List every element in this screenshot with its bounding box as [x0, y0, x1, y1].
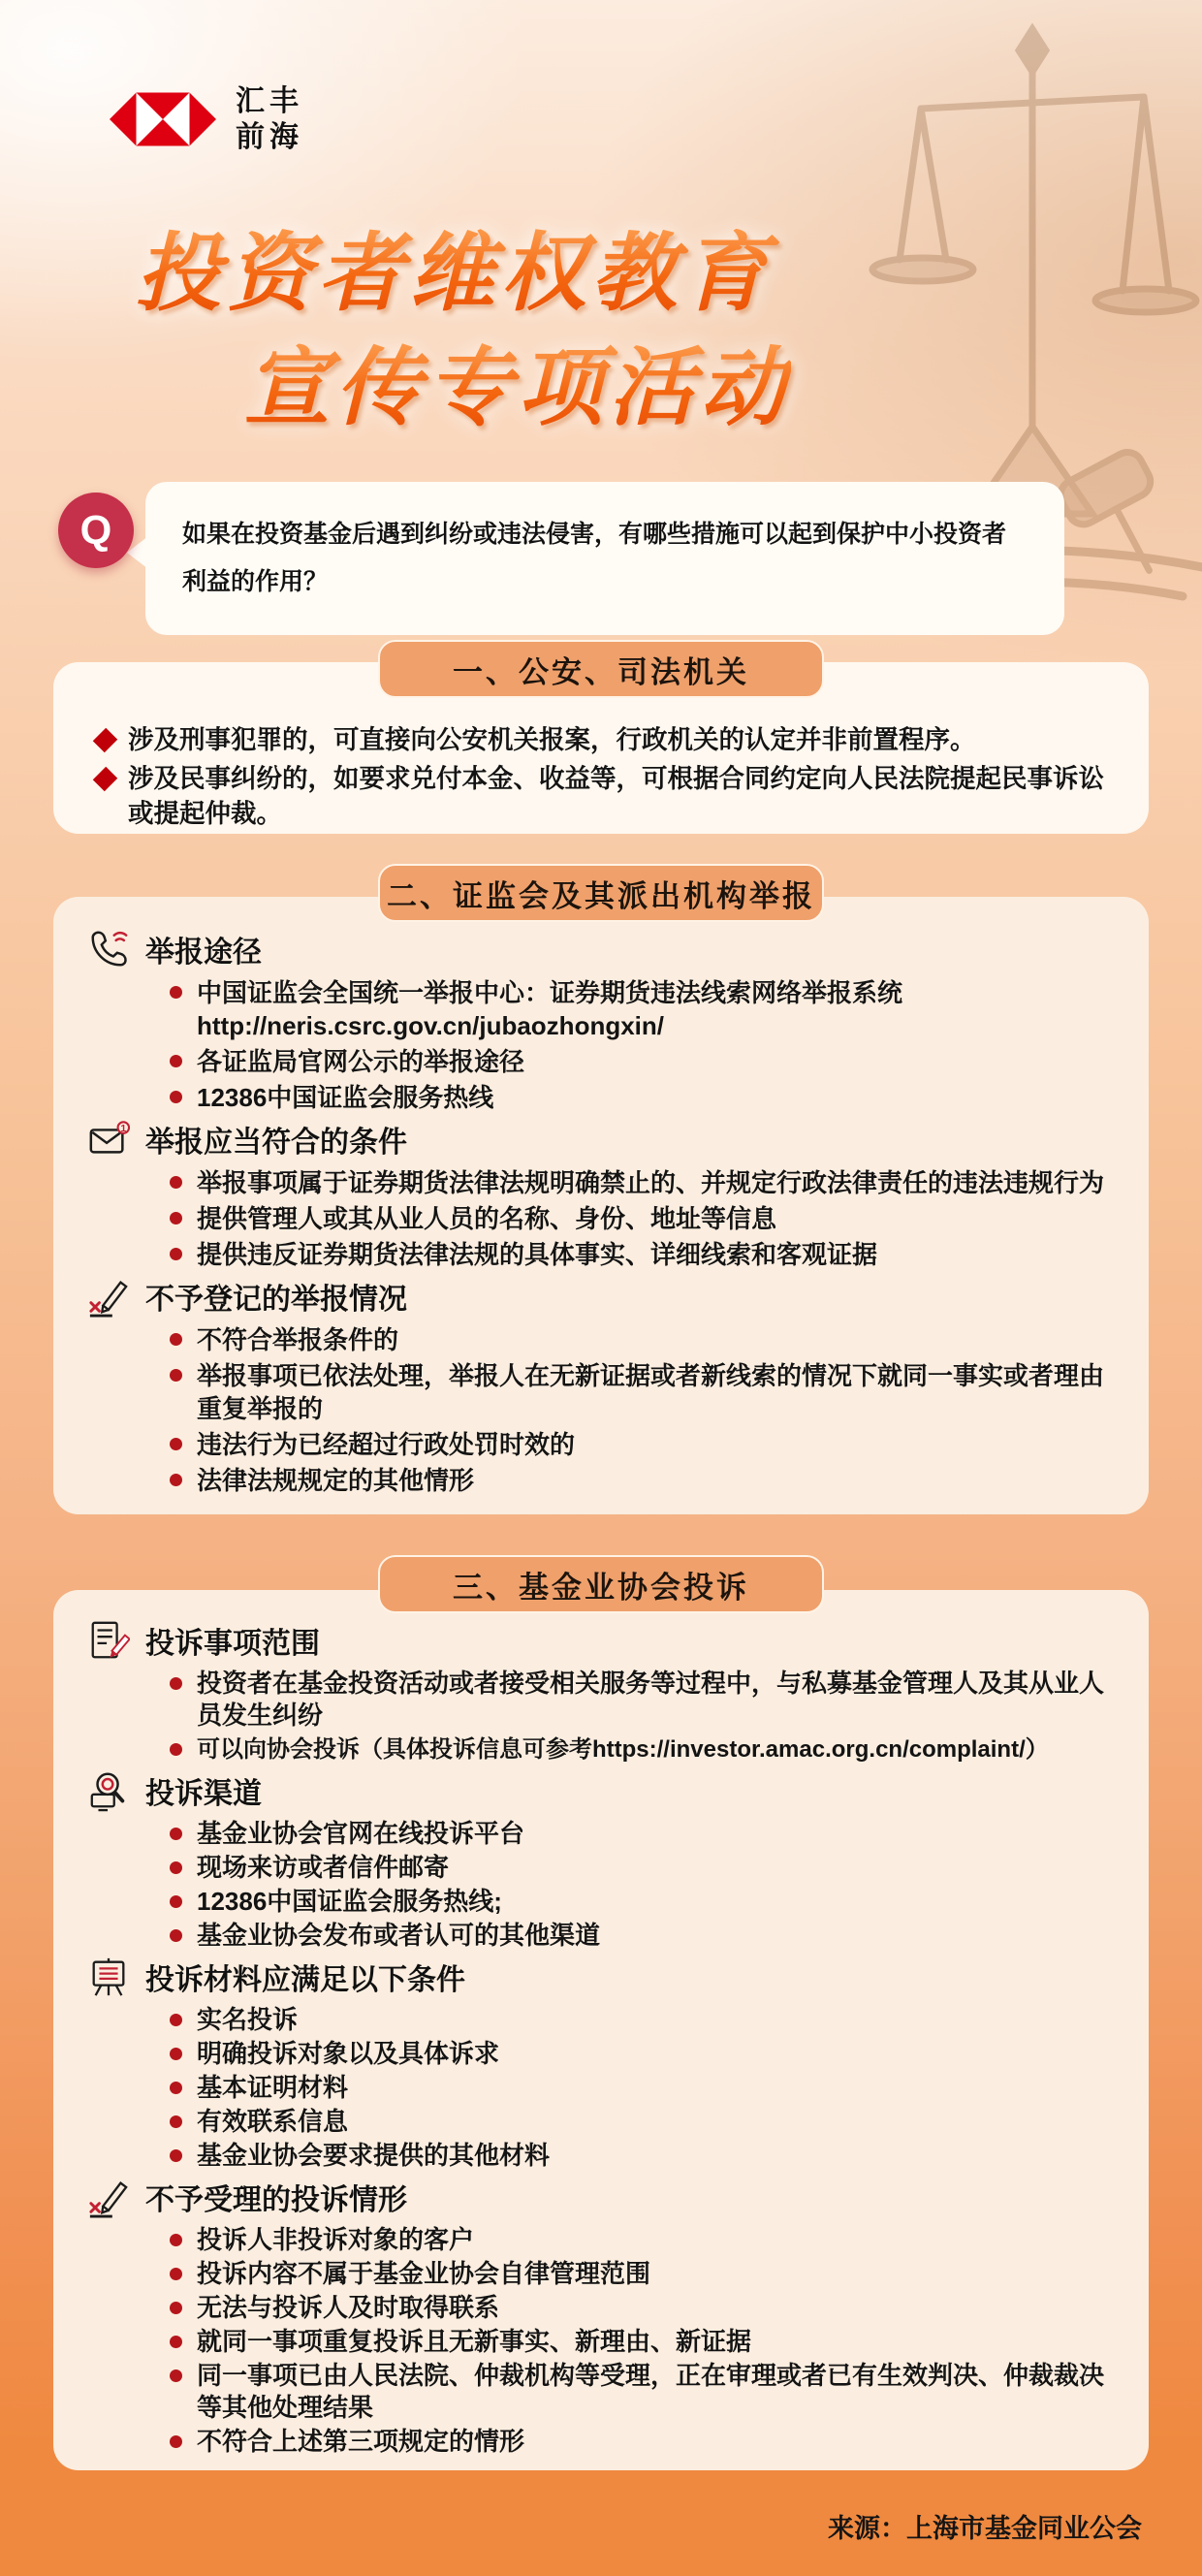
list-item-text: 投诉人非投诉对象的客户: [197, 2224, 474, 2256]
group-title: 投诉事项范围: [145, 1619, 320, 1662]
list-item-text: 法律法规规定的其他情形: [197, 1464, 474, 1497]
dot-bullet-icon: [170, 1248, 182, 1260]
list-item: 基金业协会要求提供的其他材料: [170, 2140, 1115, 2172]
question-badge: Q: [58, 493, 134, 568]
dot-bullet-icon: [170, 1333, 182, 1346]
diamond-bullet-icon: [93, 728, 117, 752]
dot-bullet-icon: [170, 2048, 182, 2060]
group-header: 投诉事项范围: [87, 1619, 1115, 1662]
group-title: 不予受理的投诉情形: [145, 2176, 407, 2218]
section-2-header: 二、证监会及其派出机构举报: [378, 864, 824, 922]
list-item-text: 投资者在基金投资活动或者接受相关服务等过程中，与私募基金管理人及其从业人员发生纠…: [197, 1668, 1115, 1732]
dot-bullet-icon: [170, 1055, 182, 1067]
dot-bullet-icon: [170, 2234, 182, 2246]
svg-text:1: 1: [120, 1123, 126, 1134]
dot-bullet-icon: [170, 1176, 182, 1189]
list-item: 基金业协会发布或者认可的其他渠道: [170, 1920, 1115, 1952]
phone-icon: [87, 928, 130, 970]
mail-icon: 1: [87, 1118, 130, 1161]
list-item: 各证监局官网公示的举报途径: [170, 1045, 1115, 1078]
list-item: 投诉人非投诉对象的客户: [170, 2224, 1115, 2256]
list-item-text: 现场来访或者信件邮寄: [197, 1852, 449, 1884]
doc-pencil-icon: [87, 1619, 130, 1662]
list-item-text: 涉及民事纠纷的，如要求兑付本金、收益等，可根据合同约定向人民法院提起民事诉讼或提…: [128, 761, 1105, 831]
list-item-text: 无法与投诉人及时取得联系: [197, 2292, 499, 2324]
group-header: 不予受理的投诉情形: [87, 2176, 1115, 2218]
brand-name-line1: 汇丰: [236, 83, 303, 119]
list-item: 明确投诉对象以及具体诉求: [170, 2038, 1115, 2070]
list-item: 举报事项已依法处理，举报人在无新证据或者新线索的情况下就同一事实或者理由重复举报…: [170, 1359, 1115, 1425]
board-icon: [87, 1956, 130, 1998]
list-item: 涉及刑事犯罪的，可直接向公安机关报案，行政机关的认定并非前置程序。: [97, 722, 1105, 757]
list-item-text: 就同一事项重复投诉且无新事实、新理由、新证据: [197, 2326, 751, 2358]
list-item-text: 基本证明材料: [197, 2072, 348, 2104]
group-header: 不予登记的举报情况: [87, 1275, 1115, 1318]
question-bubble: 如果在投资基金后遇到纠纷或违法侵害，有哪些措施可以起到保护中小投资者利益的作用？: [145, 482, 1064, 635]
list-item: 无法与投诉人及时取得联系: [170, 2292, 1115, 2324]
list-item-text: 中国证监会全国统一举报中心：证券期货违法线索网络举报系统 http://neri…: [197, 976, 1115, 1042]
list-item: 举报事项属于证券期货法律法规明确禁止的、并规定行政法律责任的违法违规行为: [170, 1166, 1115, 1199]
section-3-header: 三、基金业协会投诉: [378, 1555, 824, 1613]
list-item-text: 不符合上述第三项规定的情形: [197, 2426, 524, 2458]
brand-name: 汇丰 前海: [236, 83, 303, 155]
list-item-text: 投诉内容不属于基金业协会自律管理范围: [197, 2258, 650, 2290]
group-title: 投诉材料应满足以下条件: [145, 1956, 465, 1998]
dot-bullet-icon: [170, 2014, 182, 2026]
dot-bullet-icon: [170, 2435, 182, 2448]
list-item: 就同一事项重复投诉且无新事实、新理由、新证据: [170, 2326, 1115, 2358]
poster: 汇丰 前海 投资者维权教育 宣传专项活动 Q 如果在投资基金后遇到纠纷或违法侵害…: [0, 0, 1202, 2576]
group-header: 举报途径: [87, 928, 1115, 970]
list-item-text: 不符合举报条件的: [197, 1323, 398, 1356]
dot-bullet-icon: [170, 1895, 182, 1908]
dot-bullet-icon: [170, 2302, 182, 2314]
list-item-text: 12386中国证监会服务热线: [197, 1081, 493, 1114]
dot-bullet-icon: [170, 2336, 182, 2348]
dot-bullet-icon: [170, 1212, 182, 1224]
list-item-text: 可以向协会投诉（具体投诉信息可参考https://investor.amac.o…: [197, 1733, 1049, 1765]
dot-bullet-icon: [170, 2115, 182, 2128]
list-item-text: 提供管理人或其从业人员的名称、身份、地址等信息: [197, 1202, 776, 1235]
dot-bullet-icon: [170, 2082, 182, 2094]
hsbc-hexagon-icon: [110, 91, 216, 147]
list-item: 投诉内容不属于基金业协会自律管理范围: [170, 2258, 1115, 2290]
diamond-bullet-icon: [93, 767, 117, 791]
page-title: 投资者维权教育 宣传专项活动: [136, 227, 791, 434]
list-item-text: 举报事项已依法处理，举报人在无新证据或者新线索的情况下就同一事实或者理由重复举报…: [197, 1359, 1115, 1425]
list-item-text: 有效联系信息: [197, 2106, 348, 2138]
reject-pencil-icon: [87, 1275, 130, 1318]
list-item: 同一事项已由人民法院、仲裁机构等受理，正在审理或者已有生效判决、仲裁裁决等其他处…: [170, 2360, 1115, 2424]
dot-bullet-icon: [170, 1743, 182, 1756]
list-item: 违法行为已经超过行政处罚时效的: [170, 1428, 1115, 1461]
list-item-text: 基金业协会要求提供的其他材料: [197, 2140, 550, 2172]
list-item-text: 同一事项已由人民法院、仲裁机构等受理，正在审理或者已有生效判决、仲裁裁决等其他处…: [197, 2360, 1115, 2424]
list-item: 实名投诉: [170, 2004, 1115, 2036]
list-item: 基本证明材料: [170, 2072, 1115, 2104]
list-item: 现场来访或者信件邮寄: [170, 1852, 1115, 1884]
dot-bullet-icon: [170, 1369, 182, 1382]
page-title-line1: 投资者维权教育: [136, 227, 791, 320]
dot-bullet-icon: [170, 2149, 182, 2162]
dot-bullet-icon: [170, 1929, 182, 1942]
list-item: 提供违反证券期货法律法规的具体事实、详细线索和客观证据: [170, 1238, 1115, 1271]
list-item-text: 举报事项属于证券期货法律法规明确禁止的、并规定行政法律责任的违法违规行为: [197, 1166, 1104, 1199]
list-item-text: 各证监局官网公示的举报途径: [197, 1045, 524, 1078]
brand-name-line2: 前海: [236, 119, 303, 155]
list-item: 12386中国证监会服务热线: [170, 1081, 1115, 1114]
dot-bullet-icon: [170, 986, 182, 999]
question-text: 如果在投资基金后遇到纠纷或违法侵害，有哪些措施可以起到保护中小投资者利益的作用？: [182, 511, 1028, 606]
list-item: 涉及民事纠纷的，如要求兑付本金、收益等，可根据合同约定向人民法院提起民事诉讼或提…: [97, 761, 1105, 831]
list-item: 12386中国证监会服务热线;: [170, 1886, 1115, 1918]
group-title: 举报途径: [145, 928, 262, 970]
dot-bullet-icon: [170, 1828, 182, 1840]
dot-bullet-icon: [170, 2369, 182, 2382]
magnifier-icon: [87, 1769, 130, 1812]
list-item-text: 12386中国证监会服务热线;: [197, 1886, 502, 1918]
dot-bullet-icon: [170, 1861, 182, 1874]
list-item-text: 基金业协会发布或者认可的其他渠道: [197, 1920, 600, 1952]
list-item: 基金业协会官网在线投诉平台: [170, 1818, 1115, 1850]
list-item: 有效联系信息: [170, 2106, 1115, 2138]
list-item: 可以向协会投诉（具体投诉信息可参考https://investor.amac.o…: [170, 1733, 1115, 1765]
group-title: 举报应当符合的条件: [145, 1118, 407, 1161]
section-3-card: 投诉事项范围 投资者在基金投资活动或者接受相关服务等过程中，与私募基金管理人及其…: [53, 1590, 1149, 2470]
group-header: 1 举报应当符合的条件: [87, 1118, 1115, 1161]
reject-pencil-icon: [87, 2176, 130, 2218]
list-item-text: 实名投诉: [197, 2004, 298, 2036]
list-item-text: 基金业协会官网在线投诉平台: [197, 1818, 524, 1850]
dot-bullet-icon: [170, 1474, 182, 1486]
dot-bullet-icon: [170, 1677, 182, 1690]
list-item: 中国证监会全国统一举报中心：证券期货违法线索网络举报系统 http://neri…: [170, 976, 1115, 1042]
list-item: 不符合上述第三项规定的情形: [170, 2426, 1115, 2458]
group-header: 投诉材料应满足以下条件: [87, 1956, 1115, 1998]
section-2-card: 举报途径 中国证监会全国统一举报中心：证券期货违法线索网络举报系统 http:/…: [53, 897, 1149, 1514]
list-item: 法律法规规定的其他情形: [170, 1464, 1115, 1497]
list-item-text: 违法行为已经超过行政处罚时效的: [197, 1428, 575, 1461]
group-header: 投诉渠道: [87, 1769, 1115, 1812]
list-item: 不符合举报条件的: [170, 1323, 1115, 1356]
source-attribution: 来源：上海市基金同业公会: [828, 2507, 1142, 2545]
dot-bullet-icon: [170, 1438, 182, 1450]
dot-bullet-icon: [170, 1091, 182, 1103]
section-1-header: 一、公安、司法机关: [378, 640, 824, 698]
list-item-text: 涉及刑事犯罪的，可直接向公安机关报案，行政机关的认定并非前置程序。: [128, 722, 976, 757]
list-item-text: 明确投诉对象以及具体诉求: [197, 2038, 499, 2070]
brand-logo: 汇丰 前海: [110, 83, 303, 155]
page-title-line2: 宣传专项活动: [136, 341, 791, 434]
list-item: 投资者在基金投资活动或者接受相关服务等过程中，与私募基金管理人及其从业人员发生纠…: [170, 1668, 1115, 1732]
list-item: 提供管理人或其从业人员的名称、身份、地址等信息: [170, 1202, 1115, 1235]
dot-bullet-icon: [170, 2268, 182, 2280]
group-title: 不予登记的举报情况: [145, 1275, 407, 1318]
group-title: 投诉渠道: [145, 1769, 262, 1812]
list-item-text: 提供违反证券期货法律法规的具体事实、详细线索和客观证据: [197, 1238, 877, 1271]
